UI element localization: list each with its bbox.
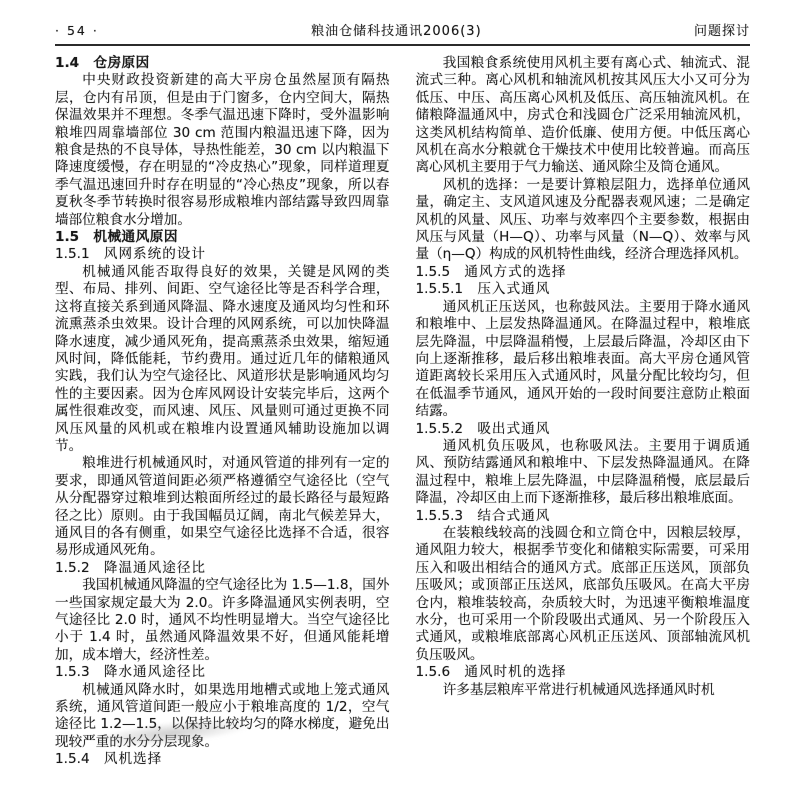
- section-heading-1.5: 1.5机械通风原因: [55, 229, 390, 246]
- heading-number: 1.5: [55, 229, 79, 245]
- heading-title: 降温通风途径比: [104, 560, 206, 576]
- topic-label: 问题探讨: [694, 20, 750, 39]
- body-paragraph: 通风机负压吸风，也称吸风法。主要用于调质通风、预防结露通风和粮堆中、下层发热降温…: [416, 438, 751, 508]
- heading-number: 1.5.1: [55, 246, 90, 262]
- heading-title: 风网系统的设计: [104, 246, 206, 262]
- body-paragraph: 机械通风降水时，如果选用地槽式或地上笼式通风系统，通风管道间距一般应小于粮堆高度…: [55, 682, 390, 752]
- heading-title: 通风时机的选择: [464, 664, 566, 680]
- heading-number: 1.4: [55, 55, 79, 71]
- body-paragraph: 风机的选择：一是要计算粮层阻力，选择单位通风量，确定主、支风道风速及分配器表观风…: [416, 177, 751, 264]
- heading-number: 1.5.5.3: [416, 508, 464, 524]
- section-heading-1.4: 1.4仓房原因: [55, 55, 390, 72]
- two-column-body: 1.4仓房原因中央财政投资新建的高大平房仓虽然屋顶有隔热层，仓内有吊顶，但是由于…: [55, 55, 750, 769]
- section-heading-1.5.2: 1.5.2降温通风途径比: [55, 560, 390, 577]
- section-heading-1.5.5.3: 1.5.5.3结合式通风: [416, 508, 751, 525]
- heading-title: 风机选择: [104, 751, 162, 767]
- body-paragraph: 机械通风能否取得良好的效果，关键是风网的类型、布局、排列、间距、空气途径比等是否…: [55, 264, 390, 455]
- page-header: · 54 · 粮油仓储科技通讯2006(3) 问题探讨: [55, 20, 750, 46]
- heading-number: 1.5.2: [55, 560, 90, 576]
- heading-title: 吸出式通风: [477, 421, 550, 437]
- right-column: 我国粮食系统使用风机主要有离心式、轴流式、混流式三种。离心风机和轴流风机按其风压…: [416, 55, 751, 769]
- section-heading-1.5.5.1: 1.5.5.1压入式通风: [416, 281, 751, 298]
- heading-number: 1.5.4: [55, 751, 90, 767]
- section-heading-1.5.5: 1.5.5通风方式的选择: [416, 264, 751, 281]
- heading-title: 通风方式的选择: [464, 264, 566, 280]
- scanned-journal-page: · 54 · 粮油仓储科技通讯2006(3) 问题探讨 1.4仓房原因中央财政投…: [0, 0, 800, 792]
- section-heading-1.5.1: 1.5.1风网系统的设计: [55, 246, 390, 263]
- heading-number: 1.5.5.2: [416, 421, 464, 437]
- heading-title: 结合式通风: [477, 508, 550, 524]
- body-paragraph: 我国粮食系统使用风机主要有离心式、轴流式、混流式三种。离心风机和轴流风机按其风压…: [416, 55, 751, 177]
- body-paragraph: 通风机正压送风，也称鼓风法。主要用于降水通风和粮堆中、上层发热降温通风。在降温过…: [416, 299, 751, 421]
- heading-title: 压入式通风: [477, 281, 550, 297]
- body-paragraph: 在装粮线较高的浅圆仓和立筒仓中，因粮层较厚，通风阻力较大，根据季节变化和储粮实际…: [416, 525, 751, 664]
- page-number: · 54 ·: [55, 23, 99, 38]
- body-paragraph: 中央财政投资新建的高大平房仓虽然屋顶有隔热层，仓内有吊顶，但是由于门窗多，仓内空…: [55, 72, 390, 229]
- section-heading-1.5.6: 1.5.6通风时机的选择: [416, 664, 751, 681]
- section-heading-1.5.5.2: 1.5.5.2吸出式通风: [416, 421, 751, 438]
- heading-number: 1.5.5.1: [416, 281, 464, 297]
- heading-title: 机械通风原因: [93, 229, 178, 245]
- body-paragraph: 我国机械通风降温的空气途径比为 1.5—1.8，国外一些国家规定最大为 2.0。…: [55, 577, 390, 664]
- heading-title: 仓房原因: [93, 55, 149, 71]
- journal-title: 粮油仓储科技通讯2006(3): [311, 20, 482, 39]
- body-paragraph: 粮堆进行机械通风时，对通风管道的排列有一定的要求，即通风管道间距必须严格遵循空气…: [55, 455, 390, 559]
- heading-title: 降水通风途径比: [104, 664, 206, 680]
- section-heading-1.5.3: 1.5.3降水通风途径比: [55, 664, 390, 681]
- left-column: 1.4仓房原因中央财政投资新建的高大平房仓虽然屋顶有隔热层，仓内有吊顶，但是由于…: [55, 55, 390, 769]
- heading-number: 1.5.3: [55, 664, 90, 680]
- body-paragraph: 许多基层粮库平常进行机械通风选择通风时机: [416, 682, 751, 699]
- heading-number: 1.5.5: [416, 264, 451, 280]
- heading-number: 1.5.6: [416, 664, 451, 680]
- section-heading-1.5.4: 1.5.4风机选择: [55, 751, 390, 768]
